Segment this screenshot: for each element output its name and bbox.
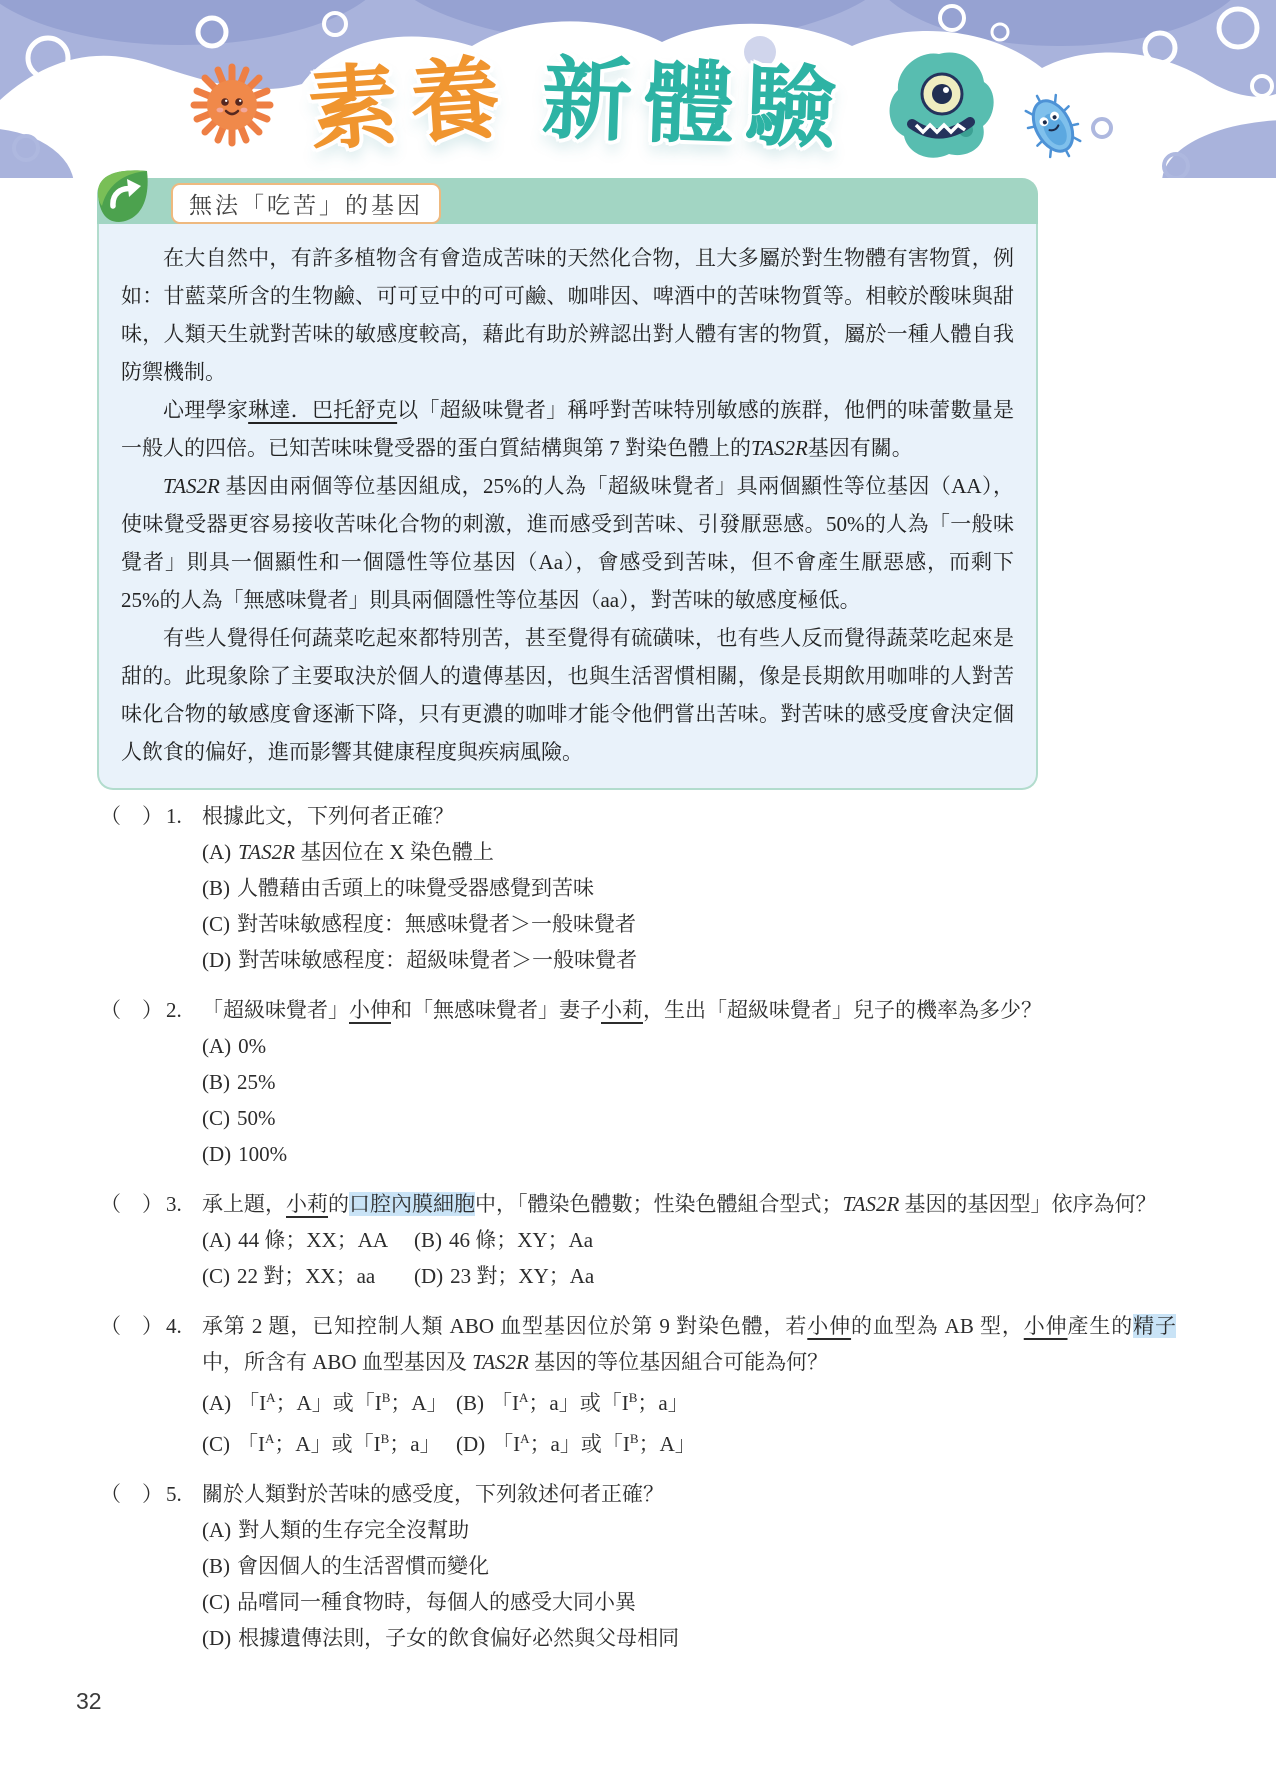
passage-title: 無法「吃苦」的基因 [171,183,441,224]
question-2: （ ） 2. 「超級味覺者」小伸和「無感味覺者」妻子小莉，生出「超級味覺者」兒子… [100,992,1176,1172]
option-text: 會因個人的生活習慣而變化 [237,1554,489,1578]
option-item: (B)「IA；a」或「IB；a」 [456,1380,1176,1421]
option-text: 對苦味敏感程度：無感味覺者＞一般味覺者 [237,912,636,936]
option-label: (A) [202,1391,231,1415]
option-label: (D) [202,948,231,972]
question-5: （ ） 5. 關於人類對於苦味的感受度，下列敘述何者正確？ (A)對人類的生存完… [100,1476,1176,1656]
question-number: 4. [166,1308,202,1380]
option-text: 50% [237,1106,276,1130]
option-label: (B) [202,1554,230,1578]
passage-paragraph: TAS2R 基因由兩個等位基因組成，25%的人為「超級味覺者」具兩個顯性等位基因… [121,467,1014,619]
amoeba-microbe-icon [878,44,1000,166]
options-list: (A)TAS2R 基因位在 X 染色體上(B)人體藉由舌頭上的味覺受器感覺到苦味… [202,834,1176,978]
option-item: (C)22 對；XX；aa [202,1258,414,1294]
answer-blank: （ ） [100,1476,166,1512]
sun-microbe-icon [186,59,278,151]
answer-blank: （ ） [100,992,166,1028]
option-label: (D) [202,1142,231,1166]
option-item: (D)23 對；XY；Aa [414,1258,1176,1294]
option-label: (A) [202,1034,231,1058]
passage-card-header: 無法「吃苦」的基因 [97,178,1038,224]
option-item: (C)對苦味敏感程度：無感味覺者＞一般味覺者 [202,906,1176,942]
option-item: (D)「IA；a」或「IB；A」 [456,1421,1176,1462]
question-number: 3. [166,1186,202,1222]
option-label: (B) [202,876,230,900]
option-text: 46 條；XY；Aa [449,1228,593,1252]
option-text: 23 對；XY；Aa [450,1264,594,1288]
option-text: 「IA；A」或「IB；a」 [237,1432,441,1456]
leaf-arrow-icon [89,164,153,226]
passage-body: 在大自然中，有許多植物含有會造成苦味的天然化合物，且大多屬於對生物體有害物質，例… [97,224,1038,790]
question-1: （ ） 1. 根據此文，下列何者正確？ (A)TAS2R 基因位在 X 染色體上… [100,798,1176,978]
option-label: (C) [202,1590,230,1614]
option-item: (A)對人類的生存完全沒幫助 [202,1512,1176,1548]
option-label: (B) [414,1228,442,1252]
option-label: (A) [202,1228,231,1252]
option-item: (B)46 條；XY；Aa [414,1222,1176,1258]
option-item: (B)人體藉由舌頭上的味覺受器感覺到苦味 [202,870,1176,906]
question-section: （ ） 1. 根據此文，下列何者正確？ (A)TAS2R 基因位在 X 染色體上… [100,798,1176,1670]
answer-blank: （ ） [100,1308,166,1380]
option-label: (D) [456,1432,485,1456]
passage-paragraph: 有些人覺得任何蔬菜吃起來都特別苦，甚至覺得有硫磺味，也有些人反而覺得蔬菜吃起來是… [121,619,1014,771]
option-label: (B) [202,1070,230,1094]
option-item: (D)根據遺傳法則，子女的飲食偏好必然與父母相同 [202,1620,1176,1656]
option-item: (A)44 條；XX；AA [202,1222,414,1258]
option-item: (B)25% [202,1064,1176,1100]
option-item: (D)100% [202,1136,1176,1172]
option-text: TAS2R 基因位在 X 染色體上 [238,840,494,864]
options-list: (A)0%(B)25%(C)50%(D)100% [202,1028,1176,1172]
option-label: (A) [202,1518,231,1542]
option-text: 品嚐同一種食物時，每個人的感受大同小異 [237,1590,636,1614]
option-item: (C)「IA；A」或「IB；a」 [202,1421,456,1462]
option-label: (D) [202,1626,231,1650]
page-number: 32 [76,1688,102,1715]
option-text: 根據遺傳法則，子女的飲食偏好必然與父母相同 [238,1626,679,1650]
passage-paragraph: 心理學家琳達．巴托舒克以「超級味覺者」稱呼對苦味特別敏感的族群，他們的味蕾數量是… [121,391,1014,467]
option-text: 22 對；XX；aa [237,1264,375,1288]
page-root: 素養 新體驗 [0,0,1276,1790]
question-stem: 根據此文，下列何者正確？ [202,798,1176,834]
option-text: 100% [238,1142,287,1166]
page-title-part-1: 素養 [305,53,515,157]
question-4: （ ） 4. 承第 2 題，已知控制人類 ABO 血型基因位於第 9 對染色體，… [100,1308,1176,1462]
answer-blank: （ ） [100,798,166,834]
option-item: (A)TAS2R 基因位在 X 染色體上 [202,834,1176,870]
question-stem: 關於人類對於苦味的感受度，下列敘述何者正確？ [202,1476,1176,1512]
banner-title-row: 素養 新體驗 [0,40,1276,170]
option-text: 「IA；a」或「IB；A」 [492,1432,696,1456]
option-item: (A)「IA；A」或「IB；A」 [202,1380,456,1421]
options-list: (A)對人類的生存完全沒幫助(B)會因個人的生活習慣而變化(C)品嚐同一種食物時… [202,1512,1176,1656]
option-text: 人體藉由舌頭上的味覺受器感覺到苦味 [237,876,594,900]
question-number: 5. [166,1476,202,1512]
answer-blank: （ ） [100,1186,166,1222]
option-text: 「IA；a」或「IB；a」 [491,1391,689,1415]
question-number: 2. [166,992,202,1028]
option-item: (A)0% [202,1028,1176,1064]
question-number: 1. [166,798,202,834]
question-stem: 「超級味覺者」小伸和「無感味覺者」妻子小莉，生出「超級味覺者」兒子的機率為多少？ [202,992,1176,1028]
option-text: 對苦味敏感程度：超級味覺者＞一般味覺者 [238,948,637,972]
option-label: (D) [414,1264,443,1288]
question-3: （ ） 3. 承上題，小莉的口腔內膜細胞中，「體染色體數；性染色體組合型式；TA… [100,1186,1176,1294]
option-text: 44 條；XX；AA [238,1228,388,1252]
option-label: (C) [202,1106,230,1130]
option-label: (C) [202,912,230,936]
option-text: 「IA；A」或「IB；A」 [238,1391,447,1415]
question-stem: 承第 2 題，已知控制人類 ABO 血型基因位於第 9 對染色體，若小伸的血型為… [202,1308,1176,1380]
option-item: (D)對苦味敏感程度：超級味覺者＞一般味覺者 [202,942,1176,978]
option-label: (C) [202,1264,230,1288]
options-list: (A)「IA；A」或「IB；A」(B)「IA；a」或「IB；a」(C)「IA；A… [202,1380,1176,1462]
option-text: 0% [238,1034,266,1058]
ciliate-microbe-icon [1016,86,1090,166]
option-label: (A) [202,840,231,864]
option-text: 25% [237,1070,276,1094]
option-item: (B)會因個人的生活習慣而變化 [202,1548,1176,1584]
option-item: (C)50% [202,1100,1176,1136]
question-stem: 承上題，小莉的口腔內膜細胞中，「體染色體數；性染色體組合型式；TAS2R 基因的… [202,1186,1176,1222]
passage-card: 無法「吃苦」的基因 在大自然中，有許多植物含有會造成苦味的天然化合物，且大多屬於… [97,178,1038,790]
option-label: (B) [456,1391,484,1415]
option-text: 對人類的生存完全沒幫助 [238,1518,469,1542]
decorative-banner: 素養 新體驗 [0,0,1276,178]
option-item: (C)品嚐同一種食物時，每個人的感受大同小異 [202,1584,1176,1620]
passage-paragraph: 在大自然中，有許多植物含有會造成苦味的天然化合物，且大多屬於對生物體有害物質，例… [121,239,1014,391]
page-title-part-2: 新體驗 [541,55,850,156]
option-label: (C) [202,1432,230,1456]
options-list: (A)44 條；XX；AA(B)46 條；XY；Aa(C)22 對；XX；aa(… [202,1222,1176,1294]
